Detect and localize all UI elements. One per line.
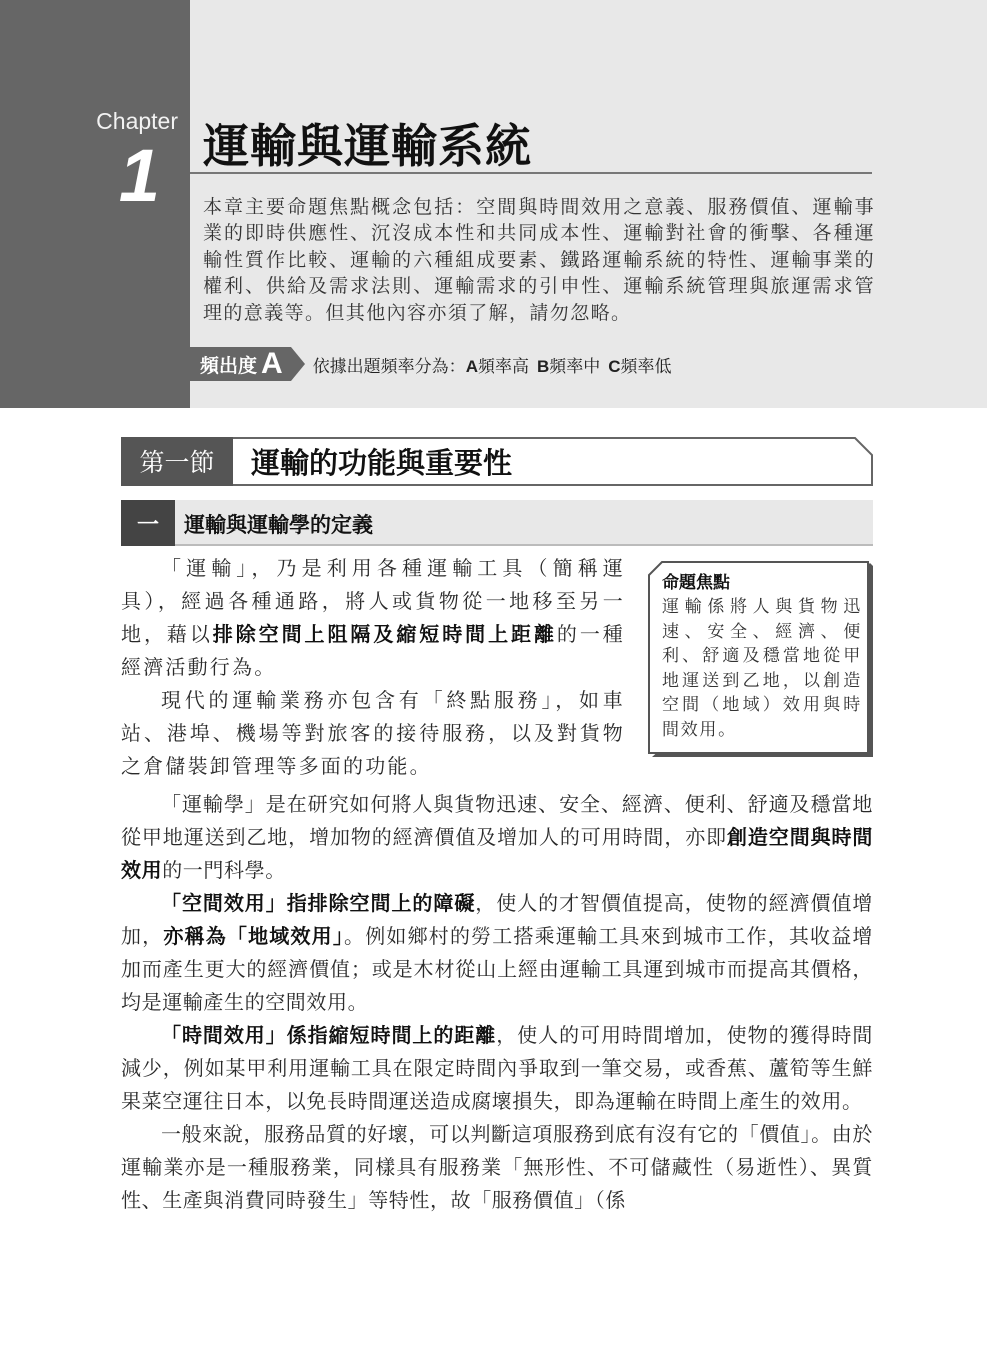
frequency-tag-label: 頻出度 <box>200 351 257 378</box>
section-label: 第一節 <box>121 437 233 485</box>
subsection-title: 運輸與運輸學的定義 <box>184 509 373 539</box>
level-a-label: 頻率高 <box>478 357 529 377</box>
paragraph-block-wide: 「運輸學」是在研究如何將人與貨物迅速、安全、經濟、便利、舒適及穩當地從甲地運送到… <box>121 788 873 1217</box>
paragraph-block-narrow: 「運輸」，乃是利用各種運輸工具（簡稱運具），經過各種通路，將人或貨物從一地移至另… <box>121 552 625 783</box>
chapter-sidebar: Chapter 1 <box>0 0 190 408</box>
key-point-box: 命題焦點 運輸係將人與貨物迅速、安全、經濟、便利、舒適及穩當地從甲地運送到乙地，… <box>648 561 872 756</box>
section-header: 第一節 運輸的功能與重要性 <box>121 437 873 487</box>
section-title: 運輸的功能與重要性 <box>251 441 512 482</box>
paragraph-1: 「運輸」，乃是利用各種運輸工具（簡稱運具），經過各種通路，將人或貨物從一地移至另… <box>121 552 625 684</box>
chapter-title: 運輸與運輸系統 <box>203 110 532 176</box>
level-c-label: 頻率低 <box>621 357 672 377</box>
subsection-header: 一 運輸與運輸學的定義 <box>121 500 873 546</box>
paragraph-2: 現代的運輸業務亦包含有「終點服務」，如車站、港埠、機場等對旅客的接待服務，以及對… <box>121 684 625 783</box>
level-b-label: 頻率中 <box>549 357 600 377</box>
chapter-number: 1 <box>119 136 160 216</box>
level-b-grade: B <box>537 357 549 376</box>
frequency-grade: A <box>261 347 283 381</box>
level-c-grade: C <box>608 357 620 376</box>
note-text: 運輸係將人與貨物迅速、安全、經濟、便利、舒適及穩當地從甲地運送到乙地，以創造空間… <box>662 595 862 742</box>
frequency-description: 依據出題頻率分為：A頻率高B頻率中C頻率低 <box>313 352 672 377</box>
paragraph-6: 一般來說，服務品質的好壞，可以判斷這項服務到底有沒有它的「價值」。由於運輸業亦是… <box>121 1118 873 1217</box>
frequency-row: 頻出度 A 依據出題頻率分為：A頻率高B頻率中C頻率低 <box>190 347 672 381</box>
paragraph-4: 「空間效用」指排除空間上的障礙，使人的才智價值提高，使物的經濟價值增加，亦稱為「… <box>121 887 873 1019</box>
subsection-number: 一 <box>121 500 175 546</box>
level-a-grade: A <box>466 357 478 376</box>
chapter-intro: 本章主要命題焦點概念包括：空間與時間效用之意義、服務價值、運輸事業的即時供應性、… <box>203 194 875 326</box>
chapter-label: Chapter <box>96 108 178 135</box>
note-title: 命題焦點 <box>662 571 862 595</box>
frequency-tag: 頻出度 A <box>190 347 291 381</box>
paragraph-5: 「時間效用」係指縮短時間上的距離，使人的可用時間增加，使物的獲得時間減少，例如某… <box>121 1019 873 1118</box>
paragraph-3: 「運輸學」是在研究如何將人與貨物迅速、安全、經濟、便利、舒適及穩當地從甲地運送到… <box>121 788 873 887</box>
title-divider <box>190 172 872 174</box>
